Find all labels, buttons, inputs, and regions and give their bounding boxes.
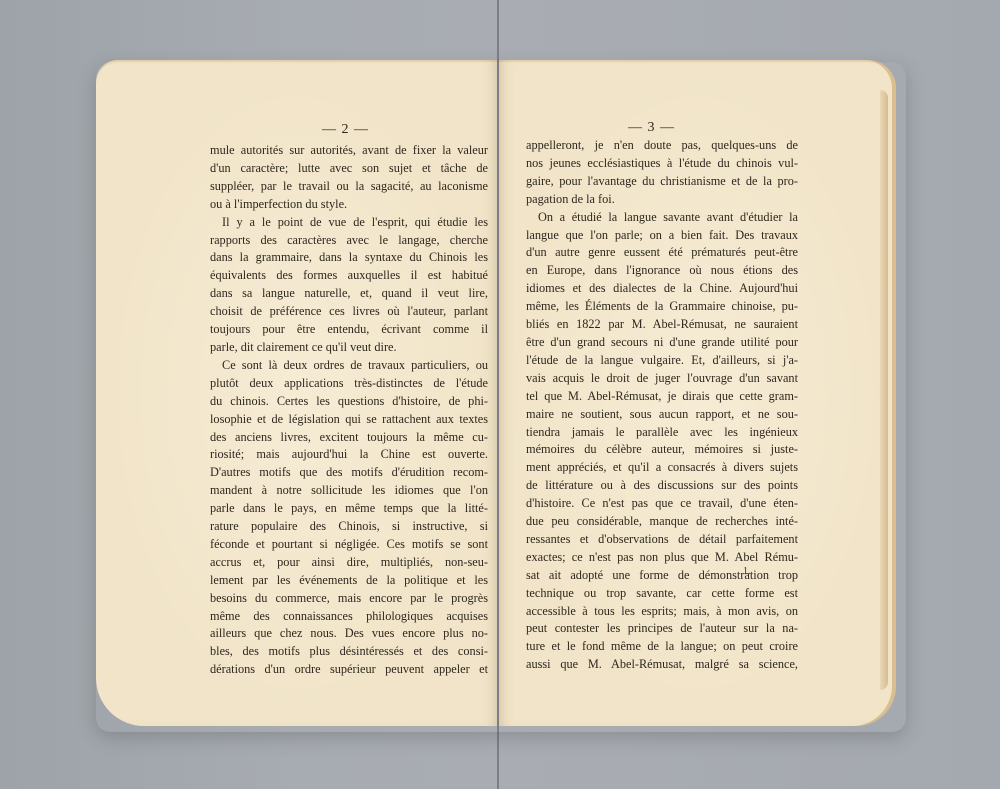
text-line: mandent à notre sollicitude les idiomes … bbox=[210, 482, 488, 500]
text-line: ment appréciés, et qu'il a consacrés à d… bbox=[526, 459, 798, 477]
text-line: Ce sont là deux ordres de travaux partic… bbox=[210, 357, 488, 375]
left-page-body: mule autorités sur autorités, avant de f… bbox=[210, 142, 488, 679]
text-line: D'autres motifs que des motifs d'éruditi… bbox=[210, 464, 488, 482]
text-line: peut contester les principes de l'auteur… bbox=[526, 620, 798, 638]
text-line: d'un caractère; lutte avec son sujet et … bbox=[210, 160, 488, 178]
page-number-left: — 2 — bbox=[322, 122, 369, 138]
text-line: en Europe, dans l'ignorance où nous étio… bbox=[526, 262, 798, 280]
text-line: rapports des caractères avec le langage,… bbox=[210, 232, 488, 250]
text-line: toujours pour être entendu, écrivant com… bbox=[210, 321, 488, 339]
text-line: mémoires du célèbre auteur, mémoires si … bbox=[526, 441, 798, 459]
text-line: maire ne soutient, sous aucun rapport, e… bbox=[526, 406, 798, 424]
text-line: être d'un grand secours ni d'une grande … bbox=[526, 334, 798, 352]
text-line: sat ait adopté une forme de démonstratio… bbox=[526, 567, 798, 585]
text-line: parle dans le pays, en même temps que la… bbox=[210, 500, 488, 518]
text-line: due peu considérable, manque de recherch… bbox=[526, 513, 798, 531]
text-line: lement par les événements de la politiqu… bbox=[210, 572, 488, 590]
signature-mark: 1. bbox=[743, 566, 751, 577]
text-line: équivalents des formes auxquelles il est… bbox=[210, 267, 488, 285]
text-line: plutôt deux applications très-distinctes… bbox=[210, 375, 488, 393]
text-line: dans la grammaire, dans la syntaxe du Ch… bbox=[210, 249, 488, 267]
text-line: des anciens livres, excitent toujours la… bbox=[210, 429, 488, 447]
page-number-right: — 3 — bbox=[628, 120, 675, 136]
text-line: parle, dit clairement ce qu'il veut dire… bbox=[210, 339, 488, 357]
text-line: d'un autre genre eussent été prématurés … bbox=[526, 244, 798, 262]
text-line: ou à l'imperfection du style. bbox=[210, 196, 488, 214]
text-line: besoins du commerce, mais encore par le … bbox=[210, 590, 488, 608]
text-line: riosité; mais aujourd'hui la Chine est o… bbox=[210, 446, 488, 464]
text-line: langue que l'on parle; on a bien fait. D… bbox=[526, 227, 798, 245]
text-line: pagation de la foi. bbox=[526, 191, 798, 209]
text-line: dérations d'un ordre supérieur peuvent a… bbox=[210, 661, 488, 679]
text-line: bliés en 1822 par M. Abel-Rémusat, ne sa… bbox=[526, 316, 798, 334]
text-line: nos jeunes ecclésiastiques à l'étude du … bbox=[526, 155, 798, 173]
text-line: accessible à tous les esprits; mais, à m… bbox=[526, 603, 798, 621]
right-page-body: appelleront, je n'en doute pas, quelques… bbox=[526, 137, 798, 674]
text-line: même des connaissances philologiques acq… bbox=[210, 608, 488, 626]
text-line: Il y a le point de vue de l'esprit, qui … bbox=[210, 214, 488, 232]
text-line: même, les Éléments de la Grammaire chino… bbox=[526, 298, 798, 316]
text-line: mule autorités sur autorités, avant de f… bbox=[210, 142, 488, 160]
text-line: accrus et, pour ainsi dire, multipliés, … bbox=[210, 554, 488, 572]
text-line: ressantes et d'observations de détail pa… bbox=[526, 531, 798, 549]
text-line: tiendra jamais le parallèle avec les ing… bbox=[526, 424, 798, 442]
text-line: ture et le fond même de la langue; on pe… bbox=[526, 638, 798, 656]
text-line: technique ou trop savante, car cette for… bbox=[526, 585, 798, 603]
text-line: féconde et pourtant si négligée. Ces mot… bbox=[210, 536, 488, 554]
text-line: d'histoire. Ce n'est pas que ce travail,… bbox=[526, 495, 798, 513]
text-line: vais acquis le droit de juger l'ouvrage … bbox=[526, 370, 798, 388]
text-line: dans sa langue naturelle, et, quand il v… bbox=[210, 285, 488, 303]
text-line: du chinois. Certes les questions d'histo… bbox=[210, 393, 488, 411]
text-line: de littérature ou à des discussions sur … bbox=[526, 477, 798, 495]
text-line: exactes; ce n'est pas non plus que M. Ab… bbox=[526, 549, 798, 567]
text-line: ailleurs que chez nous. Des vues encore … bbox=[210, 625, 488, 643]
text-line: aussi que M. Abel-Rémusat, malgré sa sci… bbox=[526, 656, 798, 674]
text-line: On a étudié la langue savante avant d'ét… bbox=[526, 209, 798, 227]
text-line: rature populaire des Chinois, si instruc… bbox=[210, 518, 488, 536]
text-line: l'étude de la langue vulgaire. Et, d'ail… bbox=[526, 352, 798, 370]
text-line: suppléer, par le travail ou la sagacité,… bbox=[210, 178, 488, 196]
text-line: bles, des motifs plus désintéressés et d… bbox=[210, 643, 488, 661]
text-line: tel que M. Abel-Rémusat, je dirais que c… bbox=[526, 388, 798, 406]
text-line: choisit de préférence ces livres où l'au… bbox=[210, 303, 488, 321]
text-line: gaire, pour l'avantage du christianisme … bbox=[526, 173, 798, 191]
text-line: idiomes et des dialectes de la Chine. Au… bbox=[526, 280, 798, 298]
text-line: appelleront, je n'en doute pas, quelques… bbox=[526, 137, 798, 155]
text-line: losophie et de législation qui se rattac… bbox=[210, 411, 488, 429]
page-edge-stack bbox=[880, 90, 888, 690]
